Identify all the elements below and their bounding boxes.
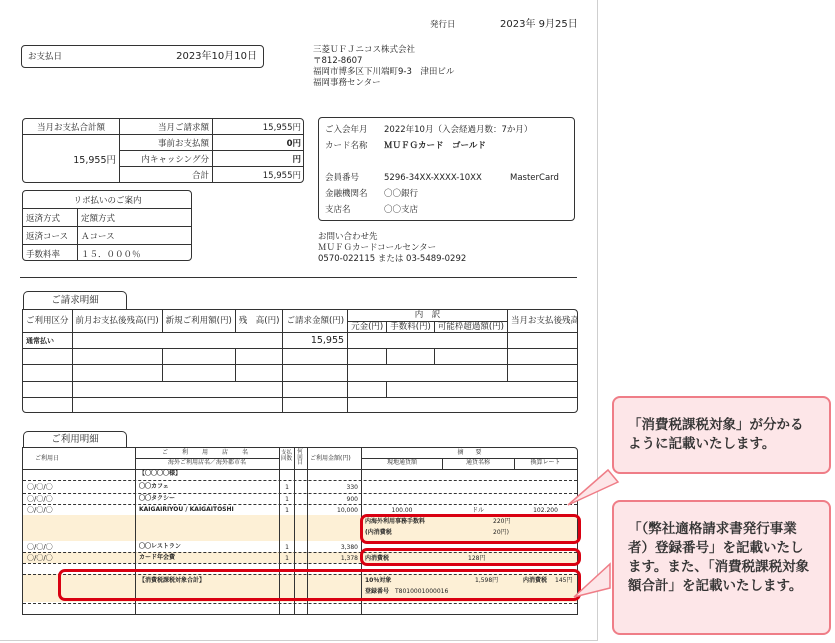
highlight-frame-annual-tax bbox=[360, 548, 581, 566]
summary-value: 15,955円 bbox=[213, 119, 305, 135]
card-info-value: 2022年10月（入会経過月数：7か月） bbox=[384, 126, 532, 135]
issuer-office: 福岡事務センター bbox=[313, 78, 454, 89]
usage-tab: ご利用明細 bbox=[23, 431, 127, 448]
card-brand: MasterCard bbox=[510, 174, 559, 183]
card-info-label: カード名称 bbox=[325, 142, 368, 151]
contact-block: お問い合わせ先 ＭＵＦＧカードコールセンター 0570-022115 または 0… bbox=[318, 232, 466, 265]
usage-header-count: 支払回数 bbox=[280, 451, 293, 462]
payment-date-box: お支払日 2023年10月10日 bbox=[21, 45, 264, 68]
issuer-address-line: 福岡市博多区下川端町9-3 津田ビル bbox=[313, 67, 454, 78]
callout-tax-target: 「消費税課税対象」が分かるように記載いたします。 bbox=[612, 396, 831, 474]
card-info-value: 〇〇支店 bbox=[384, 206, 418, 215]
usage-header-summary: 摘 要 bbox=[362, 450, 577, 456]
revo-label: 返済コース bbox=[23, 227, 78, 245]
revo-title: リボ払いのご案内 bbox=[23, 191, 193, 209]
revo-box: リボ払いのご案内 返済方式定額方式 返済コースＡコース 手数料率１５．０００％ bbox=[22, 190, 192, 261]
billing-header: 新規ご利用額(円) bbox=[162, 310, 235, 333]
summary-label: 当月ご請求額 bbox=[120, 119, 213, 135]
usage-header-store-sub: 海外ご利用店名／海外都市名 bbox=[135, 460, 279, 466]
summary-value: 0円 bbox=[213, 135, 305, 151]
billing-header: 残 高(円) bbox=[235, 310, 283, 333]
usage-header-date: ご利用日 bbox=[35, 456, 59, 462]
section-divider bbox=[20, 277, 577, 278]
card-info-label: 支店名 bbox=[325, 206, 351, 215]
payment-date-label: お支払日 bbox=[28, 53, 62, 62]
summary-label: 内キャッシング分 bbox=[120, 151, 213, 167]
billing-tab: ご請求明細 bbox=[23, 291, 127, 310]
total-label: 当月お支払合計額 bbox=[23, 119, 120, 135]
contact-center: ＭＵＦＧカードコールセンター bbox=[318, 243, 466, 254]
billing-table: ご利用区分 前月お支払後残高(円) 新規ご利用額(円) 残 高(円) ご請求金額… bbox=[22, 309, 578, 413]
issue-date-label: 発行日 bbox=[430, 21, 456, 30]
card-number: 5296-34XX-XXXX-10XX bbox=[384, 174, 482, 183]
callout-registration: 「（弊社適格請求書発行事業者）登録番号」を記載いたします。また、「消費税課税対象… bbox=[612, 500, 831, 635]
revo-label: 返済方式 bbox=[23, 209, 78, 227]
revo-value: 定額方式 bbox=[78, 209, 193, 227]
billing-header: ご請求金額(円) bbox=[283, 310, 348, 333]
card-info-label: 会員番号 bbox=[325, 174, 359, 183]
payment-summary-box: 当月お支払合計額 当月ご請求額 15,955円 15,955円 事前お支払額 0… bbox=[22, 118, 304, 183]
card-info-label: ご入会年月 bbox=[325, 126, 368, 135]
issue-date: 2023年 9月25日 bbox=[500, 20, 578, 30]
usage-header-store: ご 利 用 店 名 bbox=[135, 450, 279, 456]
usage-header-local: 現地通貨額 bbox=[362, 460, 442, 466]
billing-header: 手数料(円) bbox=[387, 322, 435, 333]
summary-label: 事前お支払額 bbox=[120, 135, 213, 151]
card-info-box: ご入会年月 2022年10月（入会経過月数：7か月） カード名称 ＭＵＦＧカード… bbox=[318, 117, 575, 221]
revo-label: 手数料率 bbox=[23, 245, 78, 262]
usage-header-nth: 何回目 bbox=[295, 450, 305, 467]
issuer-address: 三菱ＵＦＪニコス株式会社 〒812-8607 福岡市博多区下川端町9-3 津田ビ… bbox=[313, 45, 454, 89]
card-info-value: 〇〇銀行 bbox=[384, 190, 418, 199]
card-info-value: ＭＵＦＧカード ゴールド bbox=[384, 142, 486, 151]
total-value: 15,955円 bbox=[23, 135, 120, 184]
summary-label: 合計 bbox=[120, 167, 213, 184]
contact-phone: 0570-022115 または 03-5489-0292 bbox=[318, 254, 466, 265]
billing-row-label: 通常払い bbox=[23, 333, 73, 349]
usage-header-amount: ご利用金額(円) bbox=[310, 456, 351, 462]
payment-date: 2023年10月10日 bbox=[176, 52, 257, 62]
issuer-company: 三菱ＵＦＪニコス株式会社 bbox=[313, 45, 454, 56]
summary-value: 15,955円 bbox=[213, 167, 305, 184]
issuer-postal: 〒812-8607 bbox=[313, 56, 454, 67]
card-info-label: 金融機関名 bbox=[325, 190, 368, 199]
billing-header: 当月お支払後残高(円) bbox=[508, 310, 579, 333]
summary-value: 円 bbox=[213, 151, 305, 167]
highlight-frame-foreign-fee bbox=[360, 514, 581, 544]
billing-header: 可能枠超過額(円) bbox=[434, 322, 507, 333]
usage-group-label: 【〇〇〇〇様】 bbox=[139, 471, 181, 477]
usage-header-currency: 通貨名称 bbox=[442, 460, 514, 466]
billing-header: ご利用区分 bbox=[23, 310, 73, 333]
billing-row-amount: 15,955 bbox=[283, 333, 348, 349]
highlight-frame-tax-total bbox=[58, 569, 581, 601]
statement-page: 発行日 2023年 9月25日 お支払日 2023年10月10日 三菱ＵＦＪニコ… bbox=[0, 0, 598, 641]
revo-value: Ａコース bbox=[78, 227, 193, 245]
billing-header: 前月お支払後残高(円) bbox=[72, 310, 162, 333]
revo-value: １５．０００％ bbox=[78, 245, 193, 262]
contact-title: お問い合わせ先 bbox=[318, 232, 466, 243]
billing-header: 元金(円) bbox=[348, 322, 387, 333]
billing-header: 内 訳 bbox=[348, 310, 508, 322]
